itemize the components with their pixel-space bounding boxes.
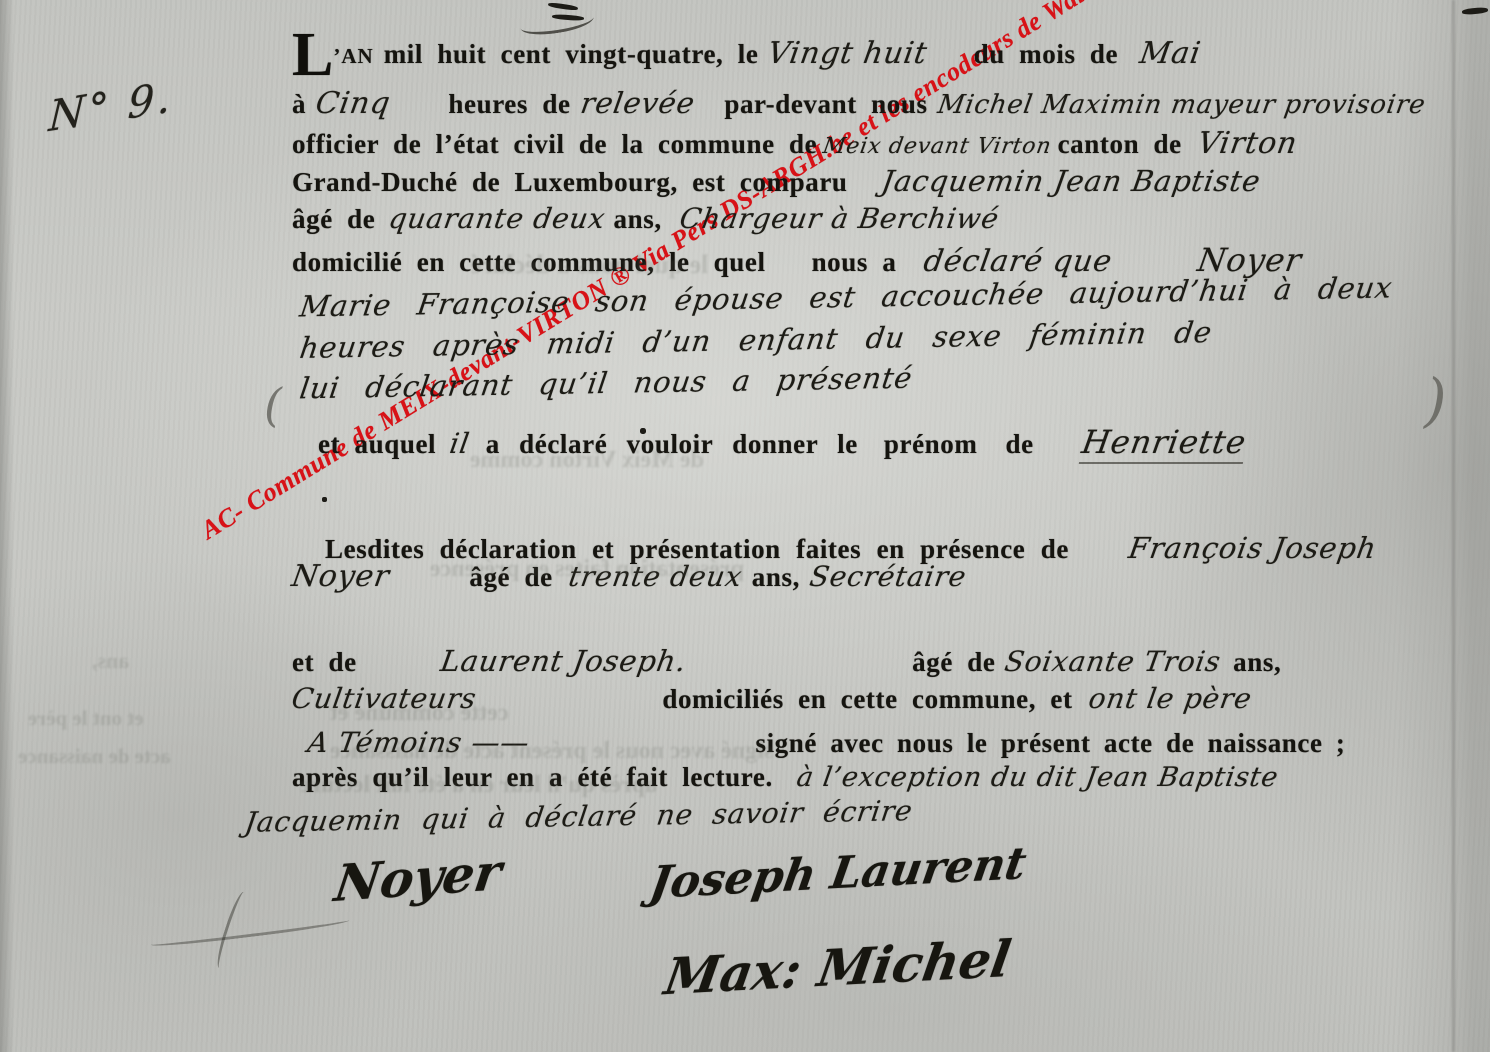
fold-line <box>1452 0 1455 1052</box>
handwritten-text: Jacquemin qui à déclaré ne savoir écrire <box>243 794 915 839</box>
handwritten-text: Jacquemin Jean Baptiste <box>879 164 1263 198</box>
printed-text: et de <box>292 647 357 678</box>
document-line: heures après midi d’un enfant du sexe fé… <box>300 315 1213 365</box>
printed-text: du mois de <box>974 39 1119 70</box>
scanned-birth-record: N° 9. AC- Commune de MEIX-devant-VIRTON … <box>0 0 1490 1052</box>
pen-stroke <box>519 6 595 38</box>
printed-text: ans, <box>752 562 800 593</box>
printed-text: heures de <box>448 89 570 120</box>
document-line: et auquelila déclaré vouloir donner lepr… <box>318 423 1245 464</box>
paper-left-edge <box>0 0 14 1052</box>
bleed-through-text: ans, <box>92 648 129 674</box>
printed-text: et auquel <box>318 429 436 460</box>
bleed-through-text: le quel nous a déclaré <box>470 250 708 280</box>
dropcap-letter: L <box>292 40 333 70</box>
bleed-through-text: présentation faites en présence <box>430 556 744 583</box>
handwritten-text: Vingt huit <box>766 36 931 71</box>
handwritten-text: Laurent Joseph. <box>438 644 689 678</box>
printed-text: quel <box>714 247 766 278</box>
bleed-through-text: signé avec nous le présent acte de naiss… <box>330 738 773 765</box>
handwritten-text: il <box>448 427 473 460</box>
handwritten-text: Mai <box>1137 36 1203 71</box>
printed-text: ans, <box>614 204 662 235</box>
document-line: L’ANmil huit cent vingt-quatre, leVingt … <box>292 36 1201 71</box>
handwritten-text: François Joseph <box>1126 531 1379 565</box>
handwritten-text: Chargeur à Berchiwé <box>677 202 1001 235</box>
document-line: Grand-Duché de Luxembourg, est comparuJa… <box>292 164 1260 198</box>
printed-text: mil huit cent vingt-quatre, le <box>384 39 759 70</box>
handwritten-text: Henriette <box>1078 423 1248 464</box>
handwritten-text: Soixante Trois <box>1003 645 1224 678</box>
handwritten-text: lui déclarant qu’il nous a présenté <box>298 361 915 406</box>
printed-text: signé avec nous le présent acte de naiss… <box>755 728 1345 759</box>
bleed-through-text: de Meix Virton comme <box>470 447 704 474</box>
printed-text: officier de l’état civil de la commune d… <box>292 129 817 160</box>
handwritten-text: Cinq <box>313 86 393 121</box>
document-line: domicilié en cette commune, lequelnous a… <box>292 241 1302 279</box>
signature: Max: Michel <box>661 929 1015 1007</box>
printed-text: ’AN <box>333 44 373 69</box>
handwritten-text: heures après midi d’un enfant du sexe fé… <box>298 315 1215 365</box>
act-number: N° 9. <box>47 72 174 142</box>
bleed-through-text: après qu’il leur en a été fait lecture <box>300 772 657 799</box>
document-line: Jacquemin qui à déclaré ne savoir écrire <box>245 794 913 839</box>
printed-text: prénom <box>884 429 978 460</box>
bleed-through-text: acte de naissance <box>18 744 171 769</box>
handwritten-text: Noyer <box>289 559 392 594</box>
printed-text: nous a <box>812 247 897 278</box>
handwritten-text: déclaré que <box>922 244 1115 279</box>
printed-text: Grand-Duché de Luxembourg, est comparu <box>292 167 848 198</box>
document-line: officier de l’état civil de la commune d… <box>292 126 1297 161</box>
paper-right-edge <box>1395 0 1490 1052</box>
pen-flourish: ( <box>264 378 282 432</box>
printed-text: domiciliés en cette commune, et <box>662 684 1072 715</box>
handwritten-text: Secrétaire <box>807 560 968 593</box>
signature: Joseph Laurent <box>646 838 1030 909</box>
handwritten-text: ont le père <box>1086 682 1254 715</box>
handwritten-text: quarante deux <box>387 202 608 235</box>
printed-text: de <box>1005 429 1033 460</box>
pen-flourish: ) <box>1424 366 1447 434</box>
printed-text: ans, <box>1233 647 1281 678</box>
printed-text: à <box>292 89 306 120</box>
pencil-stroke <box>150 916 350 949</box>
handwritten-text: Michel Maximin mayeur provisoire <box>935 90 1427 120</box>
handwritten-text: Meix devant Virton <box>821 134 1053 159</box>
bleed-through-text: cette commune et <box>330 700 509 727</box>
document-line: lui déclarant qu’il nous a présenté <box>300 361 913 406</box>
printed-text: par-devant nous <box>724 89 927 120</box>
ink-dot <box>322 497 327 502</box>
handwritten-text: relevée <box>578 86 697 120</box>
signature: Noyer <box>331 842 505 913</box>
printed-text: âgé de <box>292 204 375 235</box>
handwritten-text: Virton <box>1195 126 1300 161</box>
document-line: âgé dequarante deuxans,Chargeur à Berchi… <box>292 202 999 235</box>
handwritten-text: à l’exception du dit Jean Baptiste <box>794 762 1280 793</box>
bleed-through-text: et ont le père <box>28 706 144 731</box>
printed-text: âgé de <box>912 647 995 678</box>
document-line: àCinqheures derelevéepar-devant nousMich… <box>292 86 1425 121</box>
printed-text: canton de <box>1058 129 1182 160</box>
document-line: et deLaurent Joseph.âgé deSoixante Trois… <box>292 644 1281 678</box>
